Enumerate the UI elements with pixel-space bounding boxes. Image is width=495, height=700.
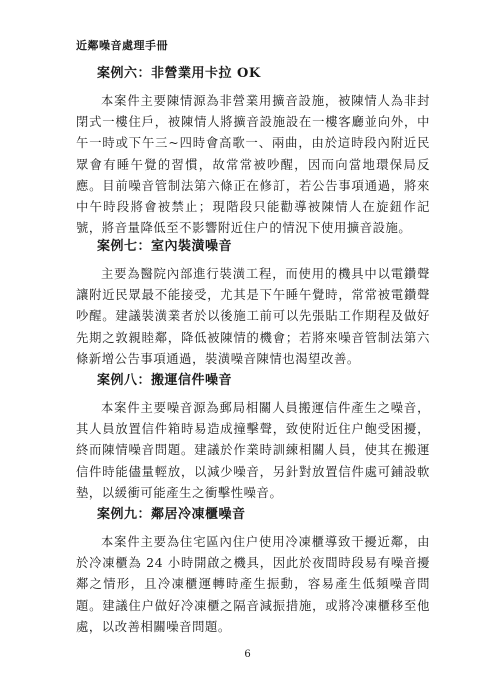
document-page: 近鄰噪音處理手冊 案例六：非營業用卡拉 OK 本案件主要陳情源為非營業用擴音設施… bbox=[0, 0, 495, 700]
case-8-section: 案例八：搬運信件噪音 本案件主要噪音源為郵局相關人員搬運信件產生之噪音，其人員放… bbox=[76, 371, 430, 504]
case-6-body: 本案件主要陳情源為非營業用擴音設施，被陳情人為非封閉式一樓住戶，被陳情人將擴音設… bbox=[76, 91, 430, 239]
case-9-heading: 案例九：鄰居冷凍櫃噪音 bbox=[97, 505, 430, 525]
case-8-heading: 案例八：搬運信件噪音 bbox=[97, 371, 430, 391]
case-7-heading: 案例七：室內裝潢噪音 bbox=[97, 237, 430, 257]
case-8-body: 本案件主要噪音源為郵局相關人員搬運信件產生之噪音，其人員放置信件箱時易造成撞擊聲… bbox=[76, 398, 430, 504]
running-header: 近鄰噪音處理手冊 bbox=[76, 37, 168, 53]
case-9-section: 案例九：鄰居冷凍櫃噪音 本案件主要為住宅區內住户使用冷凍櫃導致干擾近鄰，由於冷凍… bbox=[76, 505, 430, 638]
case-7-section: 案例七：室內裝潢噪音 主要為醫院內部進行裝潢工程，而使用的機具中以電鑽聲讓附近民… bbox=[76, 237, 430, 370]
case-7-body: 主要為醫院內部進行裝潢工程，而使用的機具中以電鑽聲讓附近民眾最不能接受，尤其是下… bbox=[76, 264, 430, 370]
case-9-body: 本案件主要為住宅區內住户使用冷凍櫃導致干擾近鄰，由於冷凍櫃為 24 小時開啟之機… bbox=[76, 532, 430, 638]
case-6-section: 案例六：非營業用卡拉 OK 本案件主要陳情源為非營業用擴音設施，被陳情人為非封閉… bbox=[76, 64, 430, 239]
case-6-heading: 案例六：非營業用卡拉 OK bbox=[97, 64, 430, 84]
page-number: 6 bbox=[0, 649, 495, 660]
